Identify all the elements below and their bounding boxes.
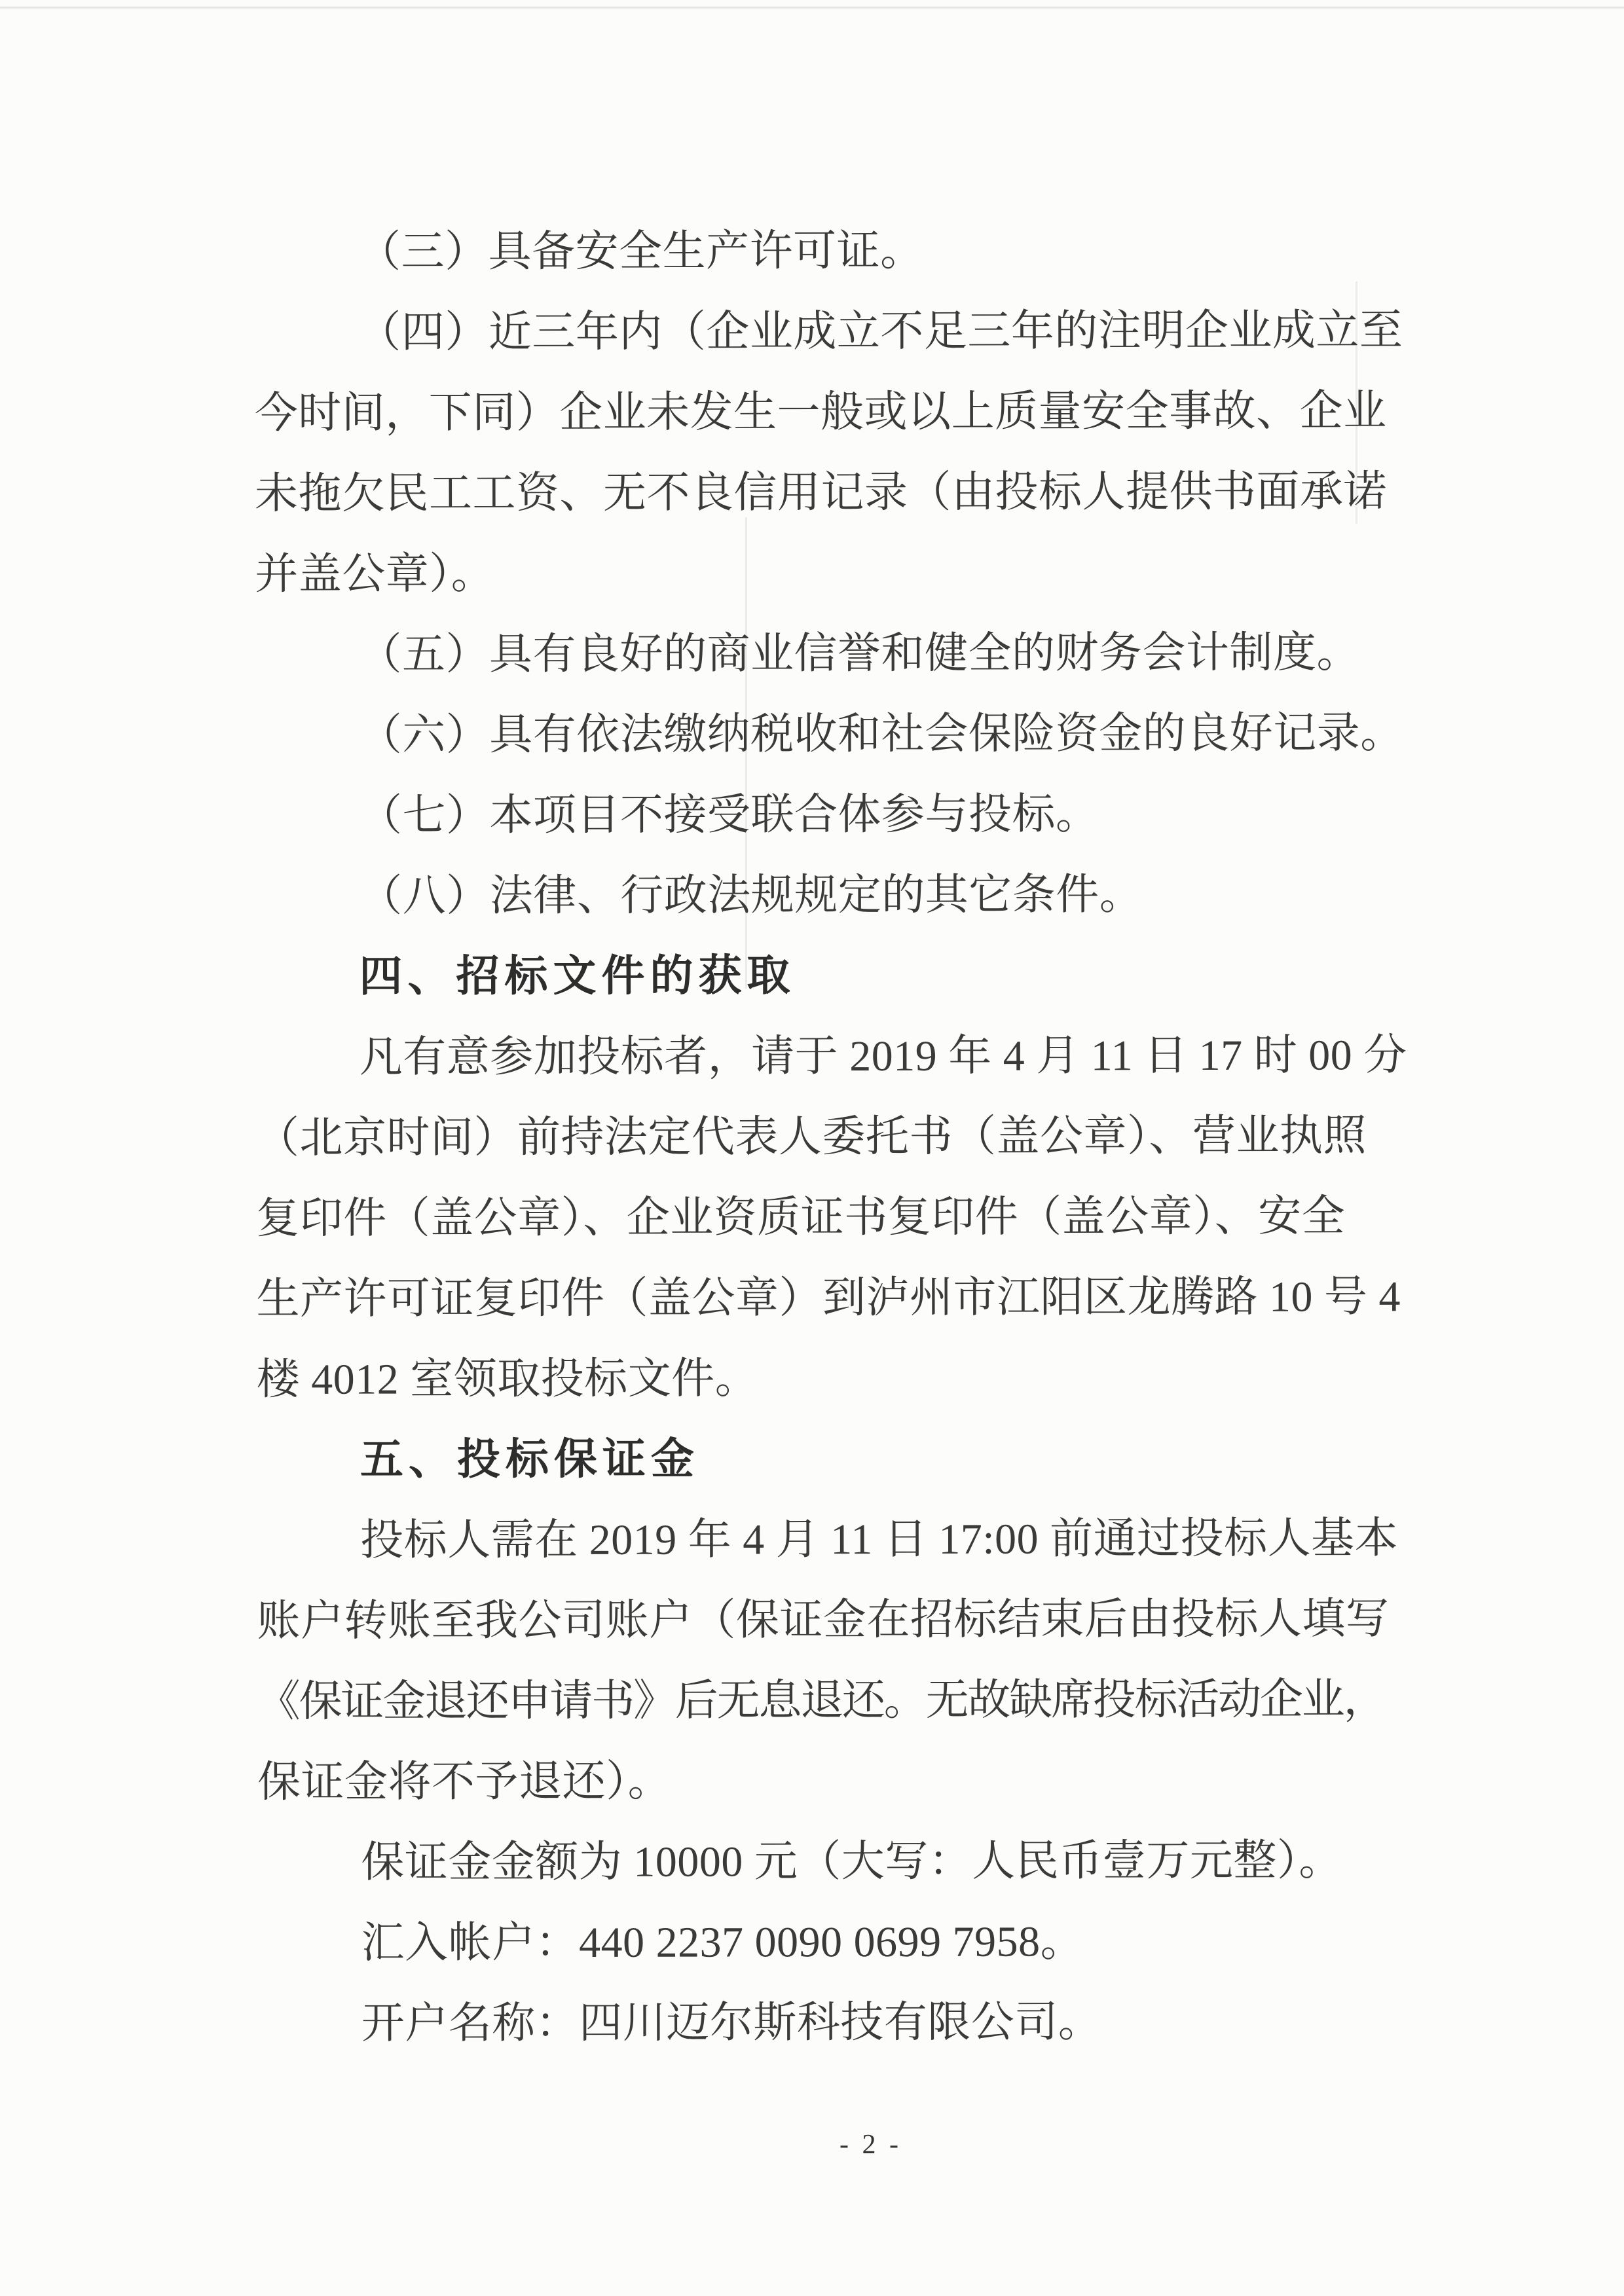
page-number: - 2 -	[840, 2129, 902, 2160]
paragraph-line: （北京时间）前持法定代表人委托书（盖公章）、营业执照	[256, 1095, 1391, 1178]
clause-line: （八）法律、行政法规规定的其它条件。	[255, 854, 1390, 937]
clause-line: （四）近三年内（企业成立不足三年的注明企业成立至	[254, 290, 1389, 373]
paragraph-line: 账户转账至我公司账户（保证金在招标结束后由投标人填写	[257, 1578, 1392, 1662]
paragraph-line: 开户名称：四川迈尔斯科技有限公司。	[258, 1981, 1393, 2064]
scan-artifact-top-streak	[0, 7, 1624, 9]
section-heading-5: 五、投标保证金	[257, 1417, 1392, 1501]
paragraph-line: 汇入帐户：440 2237 0090 0699 7958。	[257, 1901, 1392, 1984]
paragraph-line: 复印件（盖公章）、企业资质证书复印件（盖公章）、安全	[256, 1176, 1391, 1259]
clause-line: 今时间，下同）企业未发生一般或以上质量安全事故、企业	[255, 371, 1390, 454]
paragraph-line: 投标人需在 2019 年 4 月 11 日 17:00 前通过投标人基本	[257, 1498, 1392, 1581]
clause-line: （七）本项目不接受联合体参与投标。	[255, 773, 1390, 856]
paragraph-line: 保证金金额为 10000 元（大写：人民币壹万元整）。	[257, 1820, 1392, 1903]
paragraph-line: 凡有意参加投标者，请于 2019 年 4 月 11 日 17 时 00 分	[256, 1015, 1391, 1098]
paragraph-line: 保证金将不予退还）。	[257, 1740, 1392, 1823]
paragraph-line: 《保证金退还申请书》后无息退还。无故缺席投标活动企业，	[257, 1659, 1392, 1742]
clause-line: （六）具有依法缴纳税收和社会保险资金的良好记录。	[255, 693, 1390, 776]
paragraph-line: 楼 4012 室领取投标文件。	[257, 1337, 1392, 1420]
text-block: （三）具备安全生产许可证。 （四）近三年内（企业成立不足三年的注明企业成立至 今…	[254, 210, 1393, 2064]
paragraph-line: 生产许可证复印件（盖公章）到泸州市江阳区龙腾路 10 号 4	[256, 1256, 1391, 1339]
clause-line: （五）具有良好的商业信誉和健全的财务会计制度。	[255, 612, 1390, 695]
section-heading-4: 四、招标文件的获取	[255, 934, 1390, 1017]
clause-line: 并盖公章）。	[255, 532, 1390, 615]
clause-line: （三）具备安全生产许可证。	[254, 210, 1389, 293]
document-page: （三）具备安全生产许可证。 （四）近三年内（企业成立不足三年的注明企业成立至 今…	[0, 0, 1624, 2296]
clause-line: 未拖欠民工工资、无不良信用记录（由投标人提供书面承诺	[255, 451, 1390, 534]
